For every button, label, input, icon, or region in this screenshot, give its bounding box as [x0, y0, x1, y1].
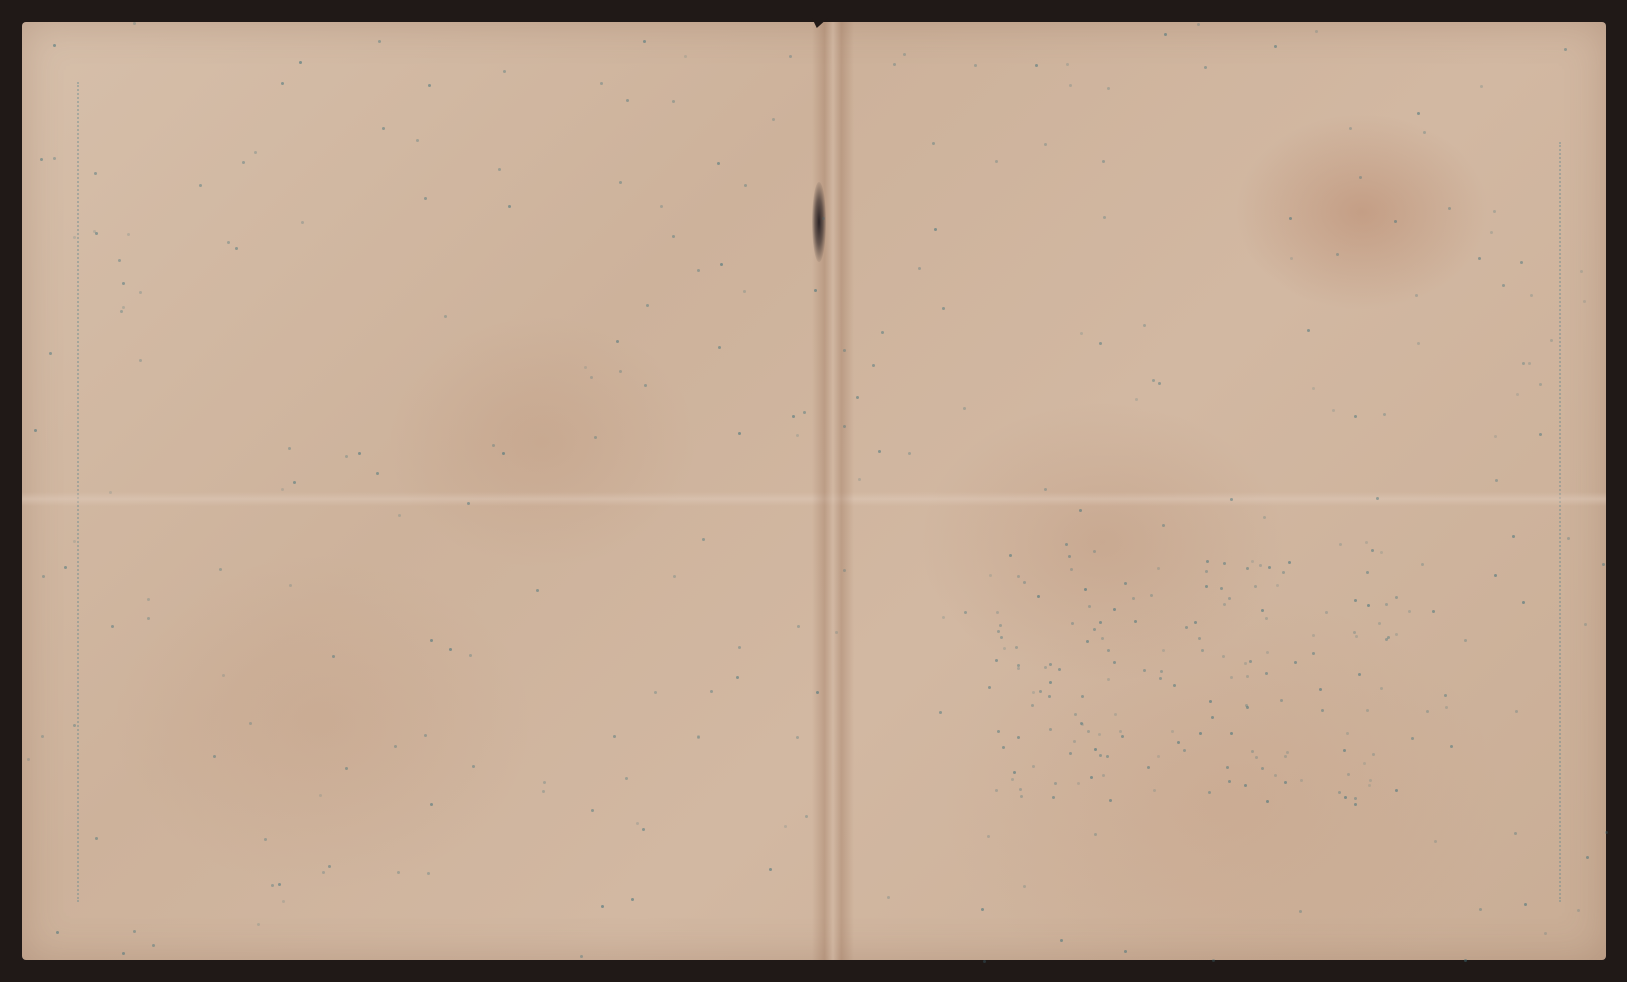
faint-print-border-right — [1499, 142, 1561, 902]
ink-spot — [812, 182, 826, 262]
banknote-reverse — [22, 22, 1606, 960]
vertical-center-fold — [812, 22, 854, 960]
